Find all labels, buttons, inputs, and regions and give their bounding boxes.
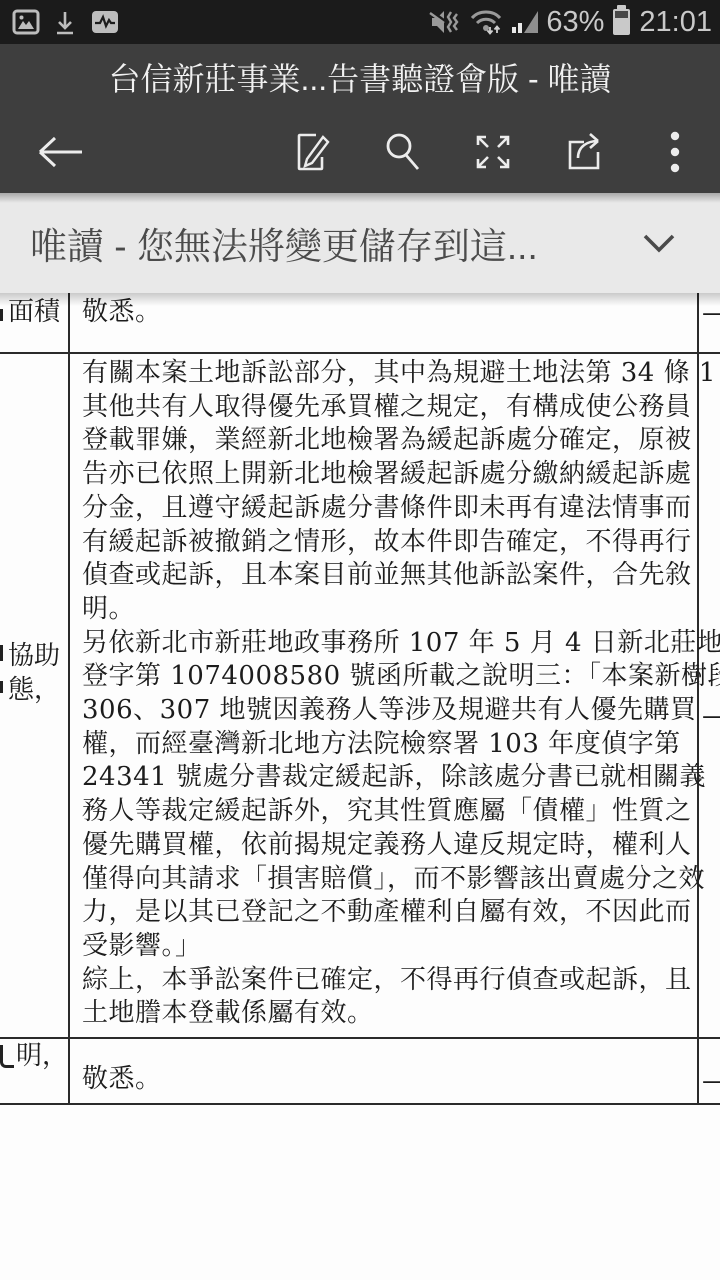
clock: 21:01 <box>639 6 712 39</box>
text-line: 力，是以其已登記之不動產權利自屬有效，不因此而 <box>82 896 696 930</box>
edit-document-icon <box>287 128 335 176</box>
clipped-char-fragment <box>0 681 3 693</box>
text-line: 分金，且遵守緩起訴處分書條件即未再有違法情事而 <box>82 492 696 526</box>
table-border-vertical-right <box>697 293 699 1103</box>
row1-left-label: 面積 <box>8 296 60 330</box>
download-notification-icon <box>51 8 79 36</box>
text-line: 受影響。」 <box>82 930 696 964</box>
fullscreen-expand-icon <box>470 129 516 175</box>
search-icon <box>379 129 425 175</box>
readonly-message: 唯讀 - 您無法將變更儲存到這... <box>0 216 640 270</box>
text-line: 306、307 地號因義務人等涉及規避共有人優先購買 <box>82 694 696 728</box>
text-line: 告亦已依照上開新北地檢署緩起訴處分繳納緩起訴處 <box>82 458 696 492</box>
wifi-icon <box>468 7 504 37</box>
text-line: 優先購買權，依前揭規定義務人違反規定時，權利人 <box>82 829 696 863</box>
document-page[interactable]: 面積 敬悉。 協助 態， 有關本案土地訴訟部分，其中為規避土地法第 34 條 1… <box>0 293 720 1280</box>
row1-content: 敬悉。 <box>82 296 162 330</box>
share-icon <box>560 128 608 176</box>
clipped-right-column-mark: — <box>702 300 720 326</box>
search-button[interactable] <box>356 110 447 193</box>
table-border-row2-bottom <box>0 1037 720 1039</box>
table-border-row3-bottom <box>0 1103 720 1105</box>
fullscreen-button[interactable] <box>447 110 538 193</box>
row2-content: 有關本案土地訴訟部分，其中為規避土地法第 34 條 1 其他共有人取得優先承買權… <box>82 357 696 1031</box>
document-title: 台信新莊事業...告書聽證會版 - 唯讀 <box>108 54 611 100</box>
row2-left-label-2: 態， <box>8 674 60 708</box>
clipped-char-fragment <box>0 1045 14 1068</box>
text-line: 登載罪嫌，業經新北地檢署為緩起訴處分確定，原被 <box>82 424 696 458</box>
text-line: 偵查或起訴，且本案目前並無其他訴訟案件，合先敘 <box>82 559 696 593</box>
clipped-char-fragment <box>0 309 3 321</box>
table-border-row1-bottom <box>0 352 720 354</box>
text-line: 另依新北市新莊地政事務所 107 年 5 月 4 日新北莊地 <box>82 627 696 661</box>
overflow-menu-button[interactable] <box>629 110 720 193</box>
cellular-signal-icon <box>511 8 539 36</box>
row3-content: 敬悉。 <box>82 1063 162 1097</box>
text-line: 務人等裁定緩起訴外，究其性質應屬「債權」性質之 <box>82 795 696 829</box>
table-border-vertical-left <box>68 293 70 1103</box>
battery-icon <box>613 9 630 35</box>
text-line: 24341 號處分書裁定緩起訴，除該處分書已就相關義 <box>82 761 696 795</box>
back-arrow-icon <box>34 132 86 172</box>
chevron-down-icon[interactable] <box>640 232 720 254</box>
row2-left-label-1: 協助 <box>8 640 60 674</box>
clipped-right-column-mark: — <box>702 1068 720 1094</box>
readonly-banner[interactable]: 唯讀 - 您無法將變更儲存到這... <box>0 193 720 293</box>
gallery-notification-icon <box>12 8 40 36</box>
text-line: 登字第 1074008580 號函所載之說明三：「本案新樹段 <box>82 660 696 694</box>
phone-screen: 63% 21:01 台信新莊事業...告書聽證會版 - 唯讀 <box>0 0 720 1280</box>
battery-percent: 63% <box>546 6 604 39</box>
toolbar-actions <box>265 110 720 193</box>
app-title-bar: 台信新莊事業...告書聽證會版 - 唯讀 <box>0 44 720 110</box>
share-button[interactable] <box>538 110 629 193</box>
clipped-char-fragment <box>0 645 3 661</box>
overflow-menu-icon <box>669 130 681 174</box>
waveform-app-notification-icon <box>90 8 120 36</box>
text-line: 權，而經臺灣新北地方法院檢察署 103 年度偵字第 <box>82 728 696 762</box>
app-toolbar <box>0 110 720 193</box>
back-button[interactable] <box>0 132 120 172</box>
text-line: 有關本案土地訴訟部分，其中為規避土地法第 34 條 1 <box>82 357 696 391</box>
text-line: 有緩起訴被撤銷之情形，故本件即告確定，不得再行 <box>82 526 696 560</box>
text-line: 明。 <box>82 593 696 627</box>
row3-left-label: 明， <box>16 1040 68 1074</box>
edit-button[interactable] <box>265 110 356 193</box>
status-bar: 63% 21:01 <box>0 0 720 44</box>
status-bar-indicators: 63% 21:01 <box>429 6 720 39</box>
text-line: 土地謄本登載係屬有效。 <box>82 997 696 1031</box>
mute-vibrate-icon <box>429 7 461 37</box>
text-line: 其他共有人取得優先承買權之規定，有構成使公務員 <box>82 391 696 425</box>
clipped-right-column-mark: — <box>702 703 720 729</box>
text-line: 僅得向其請求「損害賠償」，而不影響該出賣處分之效 <box>82 863 696 897</box>
text-line: 綜上，本爭訟案件已確定，不得再行偵查或起訴，且 <box>82 964 696 998</box>
status-bar-notifications <box>0 8 120 36</box>
